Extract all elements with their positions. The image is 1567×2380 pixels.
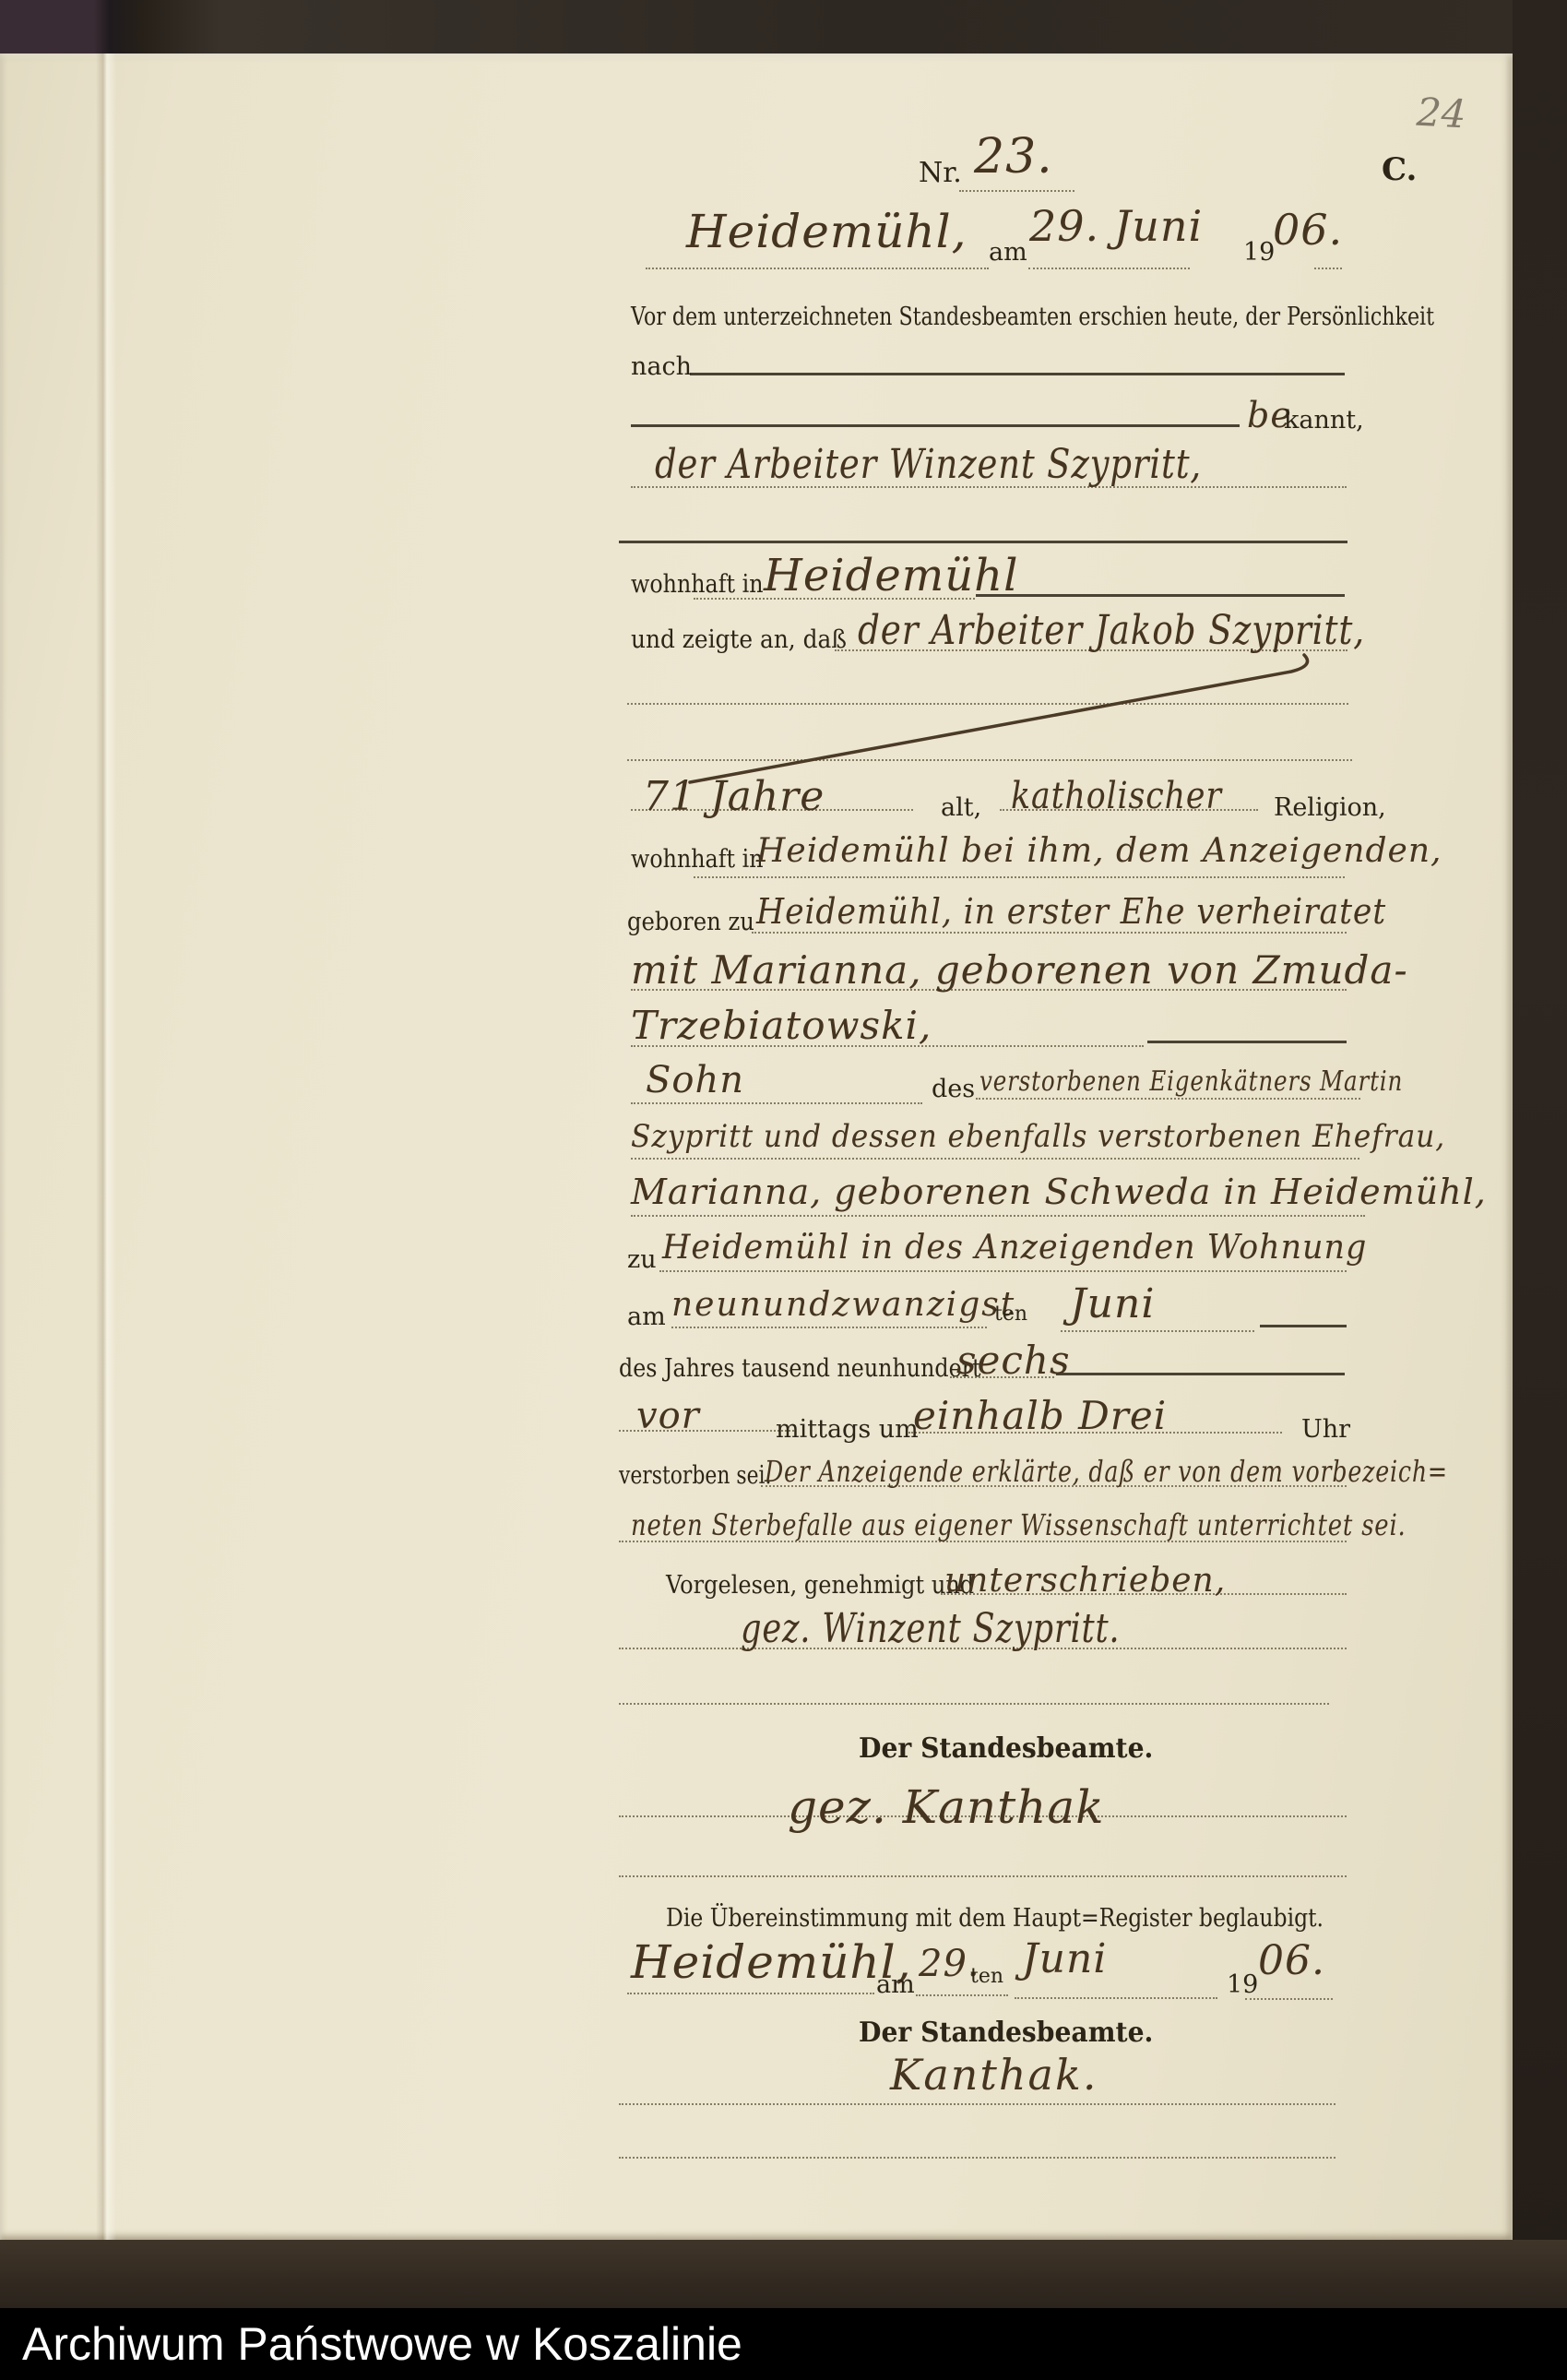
ruled-line (752, 932, 1347, 934)
deceased-religion: katholischer (1011, 775, 1222, 817)
parents-line-3: Marianna, geborenen Schweda in Heidemühl… (631, 1172, 1487, 1212)
ruled-line (694, 876, 1345, 878)
dateline-am-label: am (989, 238, 1027, 267)
certification-ten-label: ten (970, 1965, 1003, 1988)
written-unterschrieben: unterschrieben, (944, 1562, 1226, 1600)
ruled-line (1061, 1330, 1254, 1332)
printed-ten-label: ten (994, 1303, 1027, 1326)
ruled-line (1260, 1325, 1347, 1327)
printed-zu-label: zu (627, 1245, 657, 1274)
spouse-line-1: mit Marianna, geborenen von Zmuda- (631, 947, 1408, 993)
printed-zeigte-label: und zeigte an, daß (631, 625, 847, 654)
page-gutter-crease (96, 54, 116, 2240)
record-number-value: 23. (974, 129, 1053, 184)
ruled-line (690, 373, 1345, 375)
scanned-death-record-page: Nr. 23. Heidemühl, am 29. Juni 19 06. Vo… (0, 0, 1567, 2380)
dateline-day-month: 29. Juni (1029, 201, 1203, 251)
printed-uhr-label: Uhr (1301, 1415, 1350, 1444)
declarant-name: der Arbeiter Winzent Szypritt, (655, 441, 1202, 488)
ruled-line (1015, 1997, 1217, 1999)
ruled-line (619, 1703, 1329, 1705)
deceased-residence: Heidemühl bei ihm, dem Anzeigenden, (756, 832, 1442, 870)
certification-place: Heidemühl, (631, 1935, 911, 1989)
table-background-bottom (0, 2240, 1567, 2308)
death-day: neunundzwanzigst (671, 1286, 1015, 1324)
ruled-line (976, 594, 1345, 597)
ruled-line (671, 1327, 987, 1328)
ruled-line (619, 2103, 1336, 2105)
ruled-line (627, 1993, 874, 1994)
ruled-line (1056, 1373, 1345, 1375)
ruled-line (1314, 268, 1342, 269)
ruled-line (631, 1102, 922, 1104)
ruled-line (646, 268, 989, 269)
printed-religion-label: Religion, (1274, 793, 1386, 822)
ruled-line (916, 1994, 1008, 1996)
registrar-signature-2: Kanthak. (890, 2050, 1098, 2100)
printed-jahres-label: des Jahres tausend neunhundert (619, 1354, 981, 1383)
printed-mittags-label: mittags um (776, 1415, 919, 1444)
certification-month: Juni (1022, 1935, 1107, 1982)
ruled-line (1147, 1041, 1347, 1043)
certification-am-label: am (876, 1970, 915, 1999)
record-number-label: Nr. (919, 157, 962, 189)
printed-nach-label: nach (631, 352, 692, 381)
cancellation-stroke (646, 646, 1347, 793)
printed-kannt-label: kannt, (1284, 406, 1364, 434)
declaration-note-2: neten Sterbefalle aus eigener Wissenscha… (631, 1507, 1407, 1542)
printed-vorgelesen-label: Vorgelesen, genehmigt und (666, 1571, 974, 1600)
dateline-year-written: 06. (1273, 205, 1343, 255)
printed-verstorben-label: verstorben sei. (619, 1461, 771, 1490)
ruled-line (619, 541, 1347, 543)
death-place: Heidemühl in des Anzeigenden Wohnung (662, 1229, 1367, 1267)
written-vor: vor (636, 1395, 700, 1437)
ruled-line (1028, 268, 1190, 269)
ruled-line (631, 1215, 1365, 1217)
deceased-birthplace: Heidemühl, in erster Ehe verheiratet (756, 891, 1386, 932)
declarant-residence: Heidemühl (764, 550, 1018, 601)
death-year: sechs (956, 1338, 1071, 1383)
printed-wohnhaft-label-2: wohnhaft in (631, 845, 764, 874)
registrar-signature-1: gez. Kanthak (788, 1780, 1105, 1834)
death-time: einhalb Drei (913, 1393, 1167, 1438)
section-letter: C. (1382, 151, 1417, 188)
declaration-note-1: Der Anzeigende erklärte, daß er von dem … (765, 1454, 1448, 1489)
death-month: Juni (1070, 1280, 1155, 1327)
ruled-line (959, 190, 1074, 192)
parents-line-2: Szypritt und dessen ebenfalls verstorben… (631, 1118, 1445, 1155)
ruled-line (659, 1270, 1347, 1272)
archive-footer-text: Archiwum Państwowe w Koszalinie (22, 2317, 742, 2371)
certification-year-written: 06. (1258, 1937, 1325, 1984)
ruled-line (619, 2157, 1336, 2159)
ruled-line (619, 1875, 1347, 1877)
dateline-place: Heidemühl, (686, 205, 967, 258)
printed-wohnhaft-label: wohnhaft in (631, 570, 764, 599)
ruled-line (976, 1098, 1360, 1100)
dateline-year-printed: 19 (1243, 238, 1275, 267)
written-sohn: Sohn (646, 1059, 744, 1101)
printed-am-label-2: am (627, 1303, 666, 1331)
certification-statement: Die Übereinstimmung mit dem Haupt=Regist… (666, 1904, 1324, 1933)
table-background-right (1513, 0, 1567, 2308)
deceased-name: der Arbeiter Jakob Szypritt, (858, 607, 1365, 654)
deceased-age: 71 Jahre (643, 773, 825, 820)
archive-footer-bar: Archiwum Państwowe w Koszalinie (0, 2308, 1567, 2380)
book-cover-top-strip (0, 0, 1567, 54)
certification-year-printed: 19 (1227, 1970, 1258, 1999)
spouse-line-2: Trzebiatowski, (631, 1003, 932, 1048)
ruled-line (631, 424, 1240, 427)
pencil-page-number: 24 (1416, 89, 1467, 137)
printed-geboren-label: geboren zu (627, 908, 754, 936)
parents-line-1: verstorbenen Eigenkätners Martin (979, 1065, 1403, 1098)
registrar-title-1: Der Standesbeamte. (859, 1732, 1153, 1765)
registrar-title-2: Der Standesbeamte. (859, 2017, 1153, 2049)
printed-des-label: des (932, 1075, 975, 1103)
ruled-line (631, 1158, 1359, 1160)
declarant-signature: gez. Winzent Szypritt. (741, 1605, 1120, 1652)
printed-alt-label: alt, (941, 793, 981, 822)
printed-intro-line: Vor dem unterzeichneten Standesbeamten e… (631, 303, 1434, 331)
